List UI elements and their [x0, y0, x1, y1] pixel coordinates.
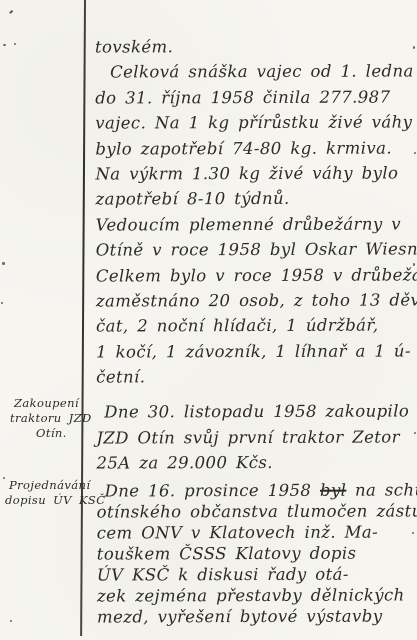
ink-speck — [14, 43, 16, 45]
handwriting-line: zapotřebí 8-10 týdnů. — [95, 186, 411, 212]
handwriting-line: zaměstnáno 20 osob, z toho 13 děv- — [96, 287, 412, 313]
handwriting-line: ÚV KSČ k diskusi řady otá- — [97, 563, 413, 585]
handwriting-line: četní. — [96, 364, 412, 390]
margin-note-line: dopisu ÚV KSČ — [3, 493, 87, 508]
handwriting-line: Celkem bylo v roce 1958 v drůbežárně — [96, 262, 412, 288]
handwriting-line: JZD Otín svůj první traktor Zetor — [96, 424, 412, 450]
handwriting-line: zek zejména přestavby dělnických — [97, 584, 413, 606]
margin-note-line: Zakoupení — [8, 396, 86, 411]
ink-speck — [3, 44, 6, 46]
handwriting-line: čat, 2 noční hlídači, 1 údržbář, — [96, 313, 412, 339]
handwriting-line: Vedoucím plemenné drůbežárny v — [96, 211, 412, 237]
handwriting-line: bylo zapotřebí 74-80 kg. krmiva. — [95, 135, 411, 161]
margin-note-tractor-purchase: Zakoupení traktoru JZD Otín. — [8, 396, 86, 441]
handwriting-line: 1 kočí, 1 závozník, 1 líhnař a 1 ú- — [96, 338, 412, 364]
ink-speck — [413, 46, 415, 49]
margin-note-line: traktoru JZD — [8, 411, 86, 426]
ink-speck — [414, 432, 416, 434]
margin-note-letter-discussion: Projednávání dopisu ÚV KSČ — [3, 478, 87, 508]
ink-speck — [413, 263, 415, 266]
handwriting-line: touškem ČSSS Klatovy dopis — [97, 542, 413, 564]
text-before-strike: Dne 16. prosince 1958 — [105, 480, 320, 500]
text-after-strike: na schůzi — [346, 480, 417, 499]
ink-speck — [2, 262, 5, 265]
handwriting-line: Na výkrm 1.30 kg živé váhy bylo — [95, 160, 411, 186]
ink-speck — [9, 10, 13, 14]
handwritten-text-block: tovském. Celková snáška vajec od 1. ledn… — [95, 33, 413, 627]
handwriting-line: mezd, vyřešení bytové výstavby — [97, 605, 413, 627]
struck-word: byl — [320, 480, 346, 499]
scanned-chronicle-page: Zakoupení traktoru JZD Otín. Projednáván… — [0, 0, 417, 640]
handwriting-line: Otíně v roce 1958 byl Oskar Wiesner. — [96, 237, 412, 263]
margin-note-line: Projednávání — [3, 478, 87, 493]
ink-speck — [3, 477, 5, 479]
handwriting-line: Dne 30. listopadu 1958 zakoupilo — [96, 399, 412, 425]
margin-rule-line — [80, 0, 86, 636]
handwriting-line-with-strikethrough: Dne 16. prosince 1958 byl na schůzi — [97, 479, 413, 501]
handwriting-line: otínského občanstva tlumočen zástup- — [97, 500, 413, 522]
ink-speck — [10, 620, 12, 622]
ink-speck — [1, 302, 3, 304]
ink-speck — [412, 532, 414, 534]
handwriting-line: 25A za 29.000 Kčs. — [96, 450, 412, 476]
handwriting-line: Celková snáška vajec od 1. ledna — [95, 59, 411, 85]
handwriting-line: tovském. — [95, 33, 411, 59]
handwriting-line: cem ONV v Klatovech inž. Ma- — [97, 521, 413, 543]
handwriting-line: do 31. října 1958 činila 277.987 — [95, 84, 411, 110]
margin-note-line: Otín. — [8, 426, 86, 441]
ink-speck — [414, 152, 416, 154]
handwriting-line: vajec. Na 1 kg přírůstku živé váhy — [95, 110, 411, 136]
